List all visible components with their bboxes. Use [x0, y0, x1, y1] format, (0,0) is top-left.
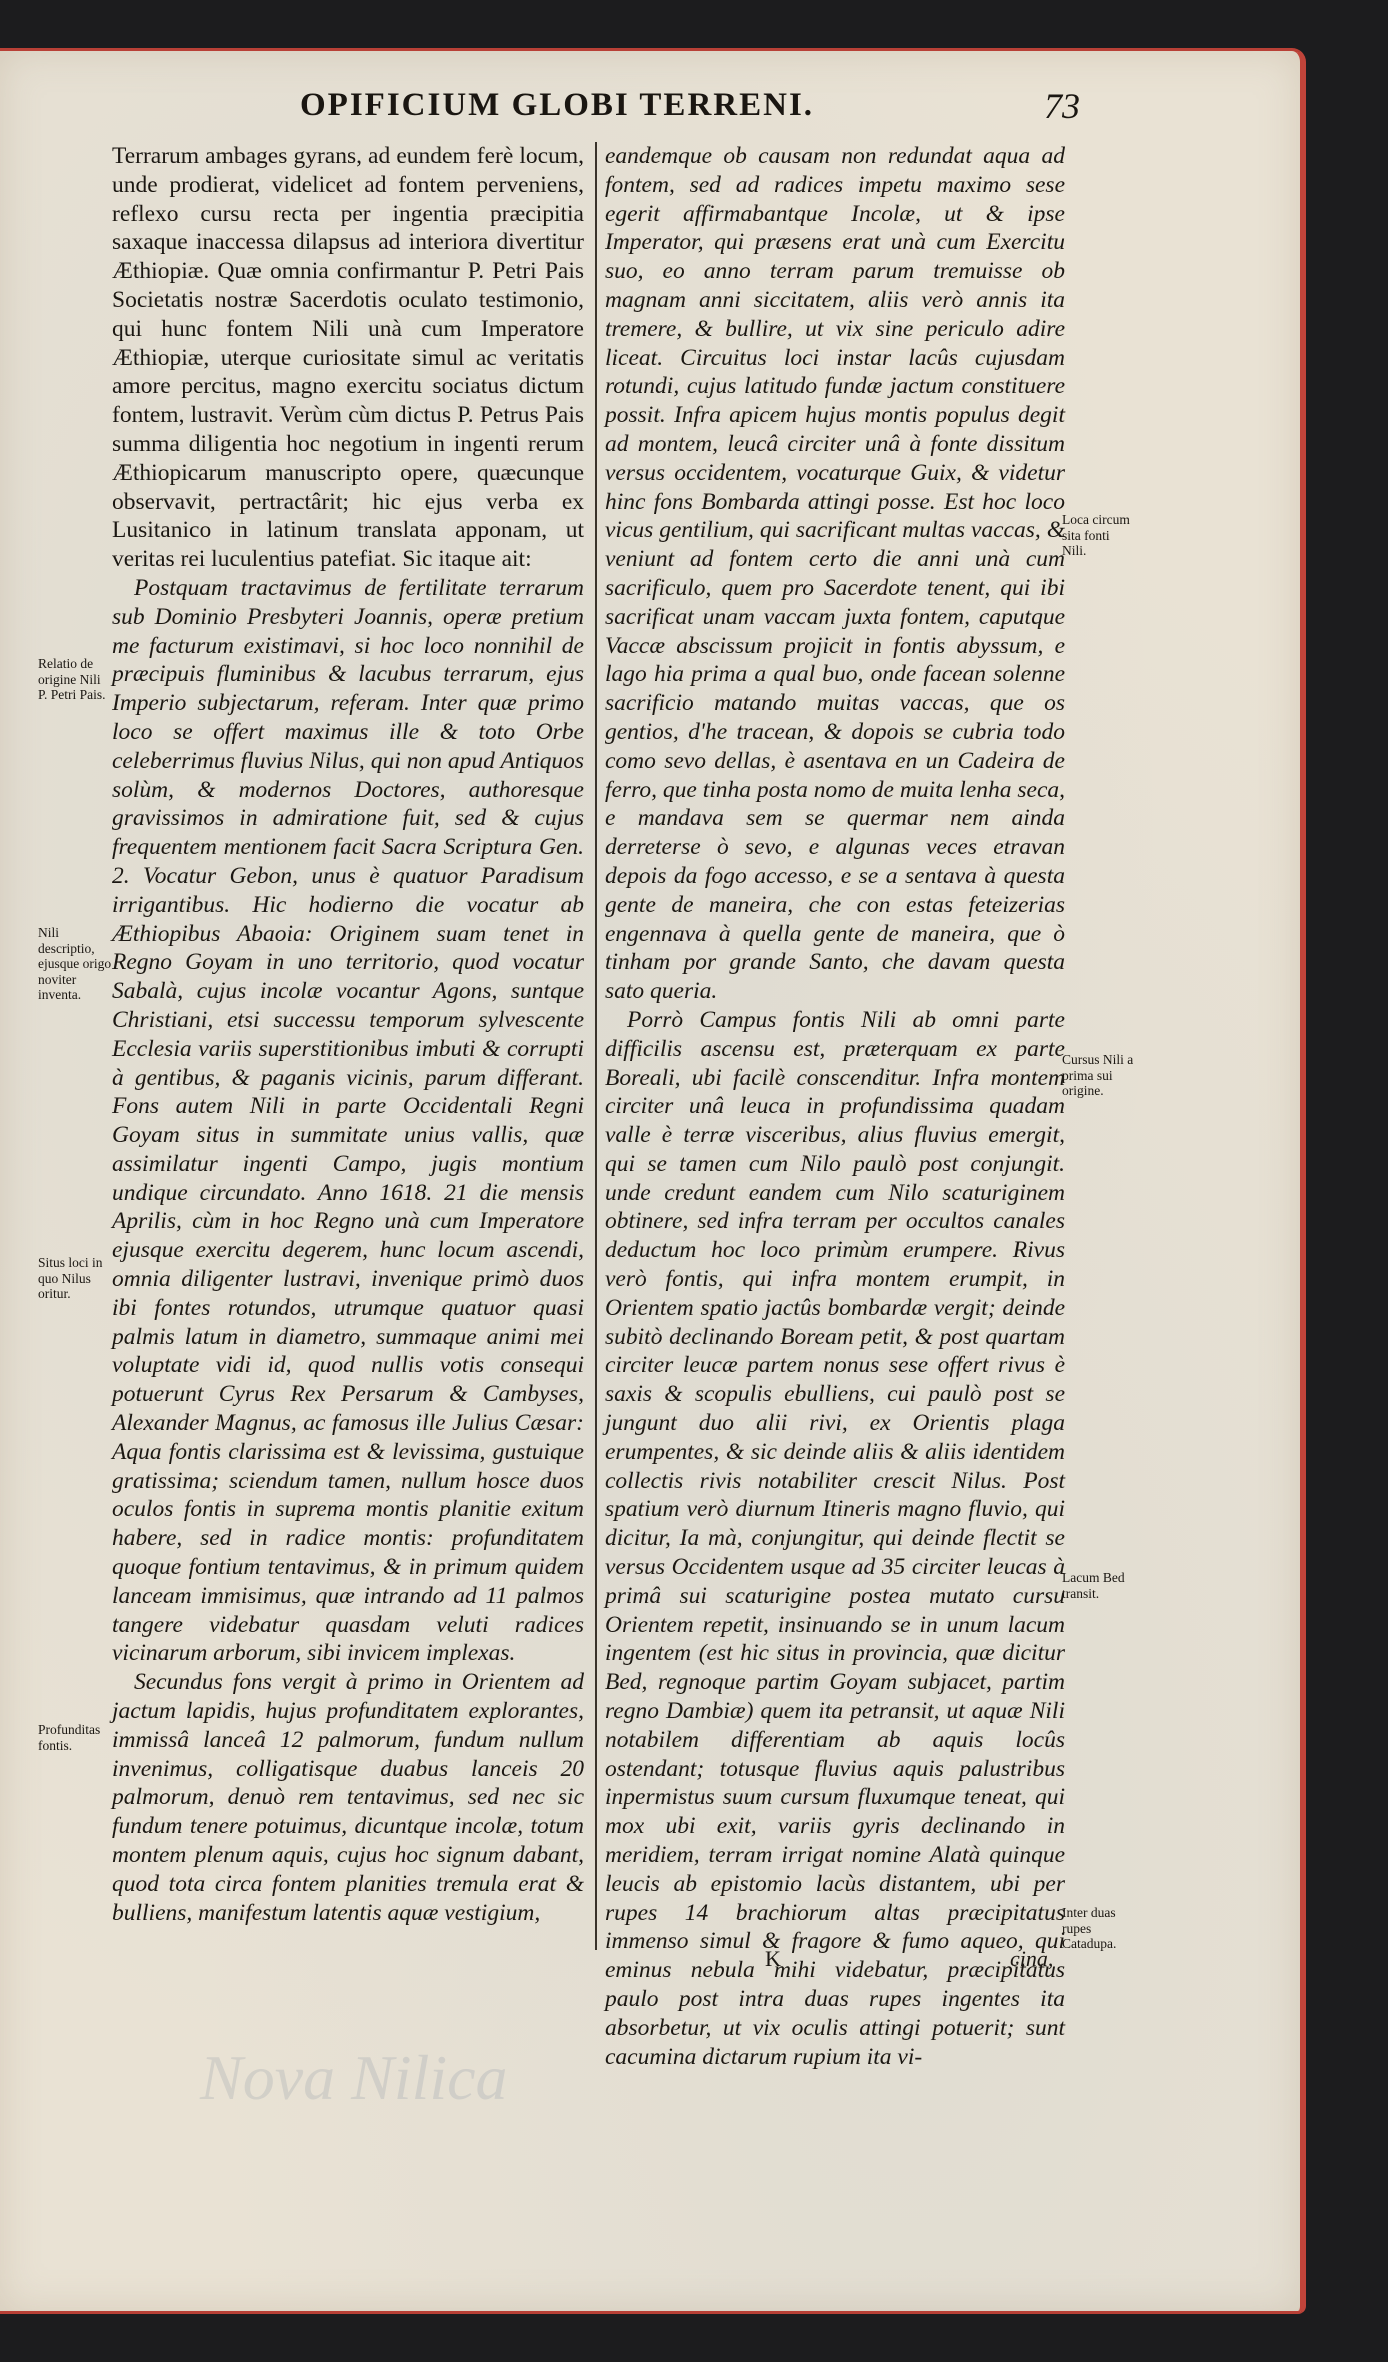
paragraph: Porrò Campus fontis Nili ab omni parte d… [605, 1006, 1065, 2071]
margin-note-left: Relatio de origine Nili P. Petri Pais. [38, 656, 112, 703]
left-column: Terrarum ambages gyrans, ad eundem ferè … [112, 142, 584, 1927]
running-head-title: OPIFICIUM GLOBI TERRENI. [300, 87, 814, 124]
page-number: 73 [1044, 85, 1080, 127]
paragraph: eandemque ob causam non redundat aqua ad… [605, 142, 1065, 1006]
margin-note-right: Loca circum sita fonti Nili. [1062, 512, 1134, 559]
paragraph: Terrarum ambages gyrans, ad eundem ferè … [112, 142, 584, 574]
right-column: eandemque ob causam non redundat aqua ad… [595, 142, 1065, 1950]
paragraph: Secundus fons vergit à primo in Orientem… [112, 1668, 584, 1927]
running-head: OPIFICIUM GLOBI TERRENI. 73 [300, 87, 1080, 127]
margin-note-right: Inter duas rupes Catadupa. [1062, 1905, 1134, 1952]
margin-note-right: Lacum Bed transit. [1062, 1570, 1134, 1601]
margin-note-left: Profunditas fontis. [38, 1722, 112, 1753]
catchword: cina, [1010, 1946, 1053, 1972]
margin-note-left: Situs loci in quo Nilus oritur. [38, 1255, 112, 1302]
margin-note-left: Nili descriptio, ejusque origo noviter i… [38, 925, 112, 1003]
signature-mark: K [765, 1946, 781, 1972]
paragraph: Postquam tractavimus de fertilitate terr… [112, 574, 584, 1668]
show-through-ink: Nova Nilica [200, 2041, 508, 2115]
margin-note-right: Cursus Nili a prima sui origine. [1062, 1052, 1134, 1099]
